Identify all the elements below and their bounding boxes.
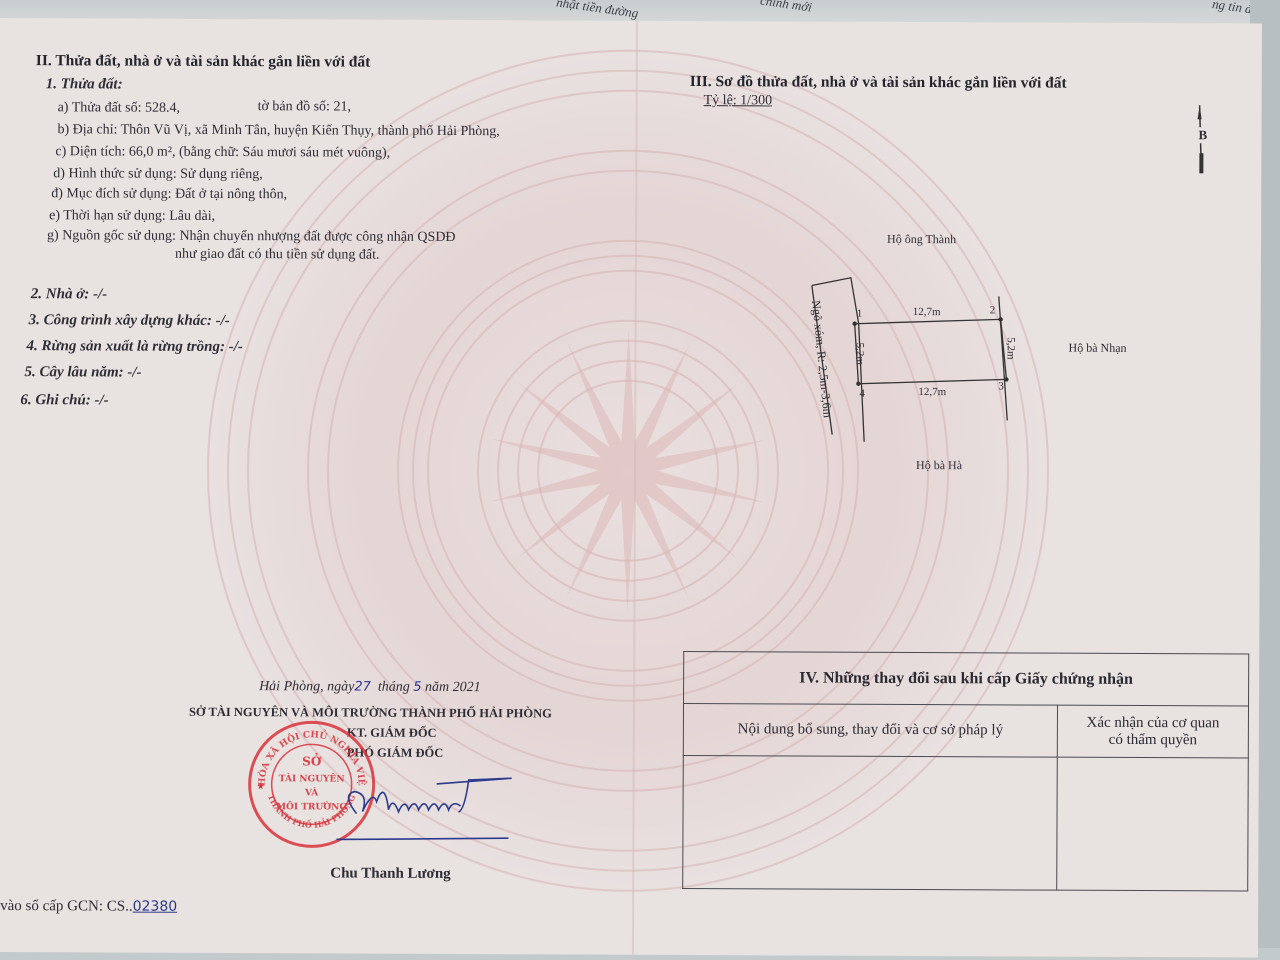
land-certificate-sheet: II. Thửa đất, nhà ở và tài sản khác gắn … — [0, 18, 1262, 957]
confirmation-cell — [1057, 757, 1249, 891]
section-iv-title: IV. Những thay đổi sau khi cấp Giấy chứn… — [684, 651, 1249, 705]
changes-content-cell — [683, 755, 1058, 890]
registry-handwritten-number: 02380 — [133, 899, 178, 915]
column-header-confirmation: Xác nhận của cơ quan có thẩm quyền — [1057, 705, 1248, 758]
signer-name: Chu Thanh Lương — [330, 865, 451, 883]
changes-table: IV. Những thay đổi sau khi cấp Giấy chứn… — [682, 651, 1249, 891]
registry-number: vào sổ cấp GCN: CS..02380 — [0, 898, 177, 916]
column-header-content: Nội dung bổ sung, thay đổi và cơ sở pháp… — [683, 703, 1057, 757]
